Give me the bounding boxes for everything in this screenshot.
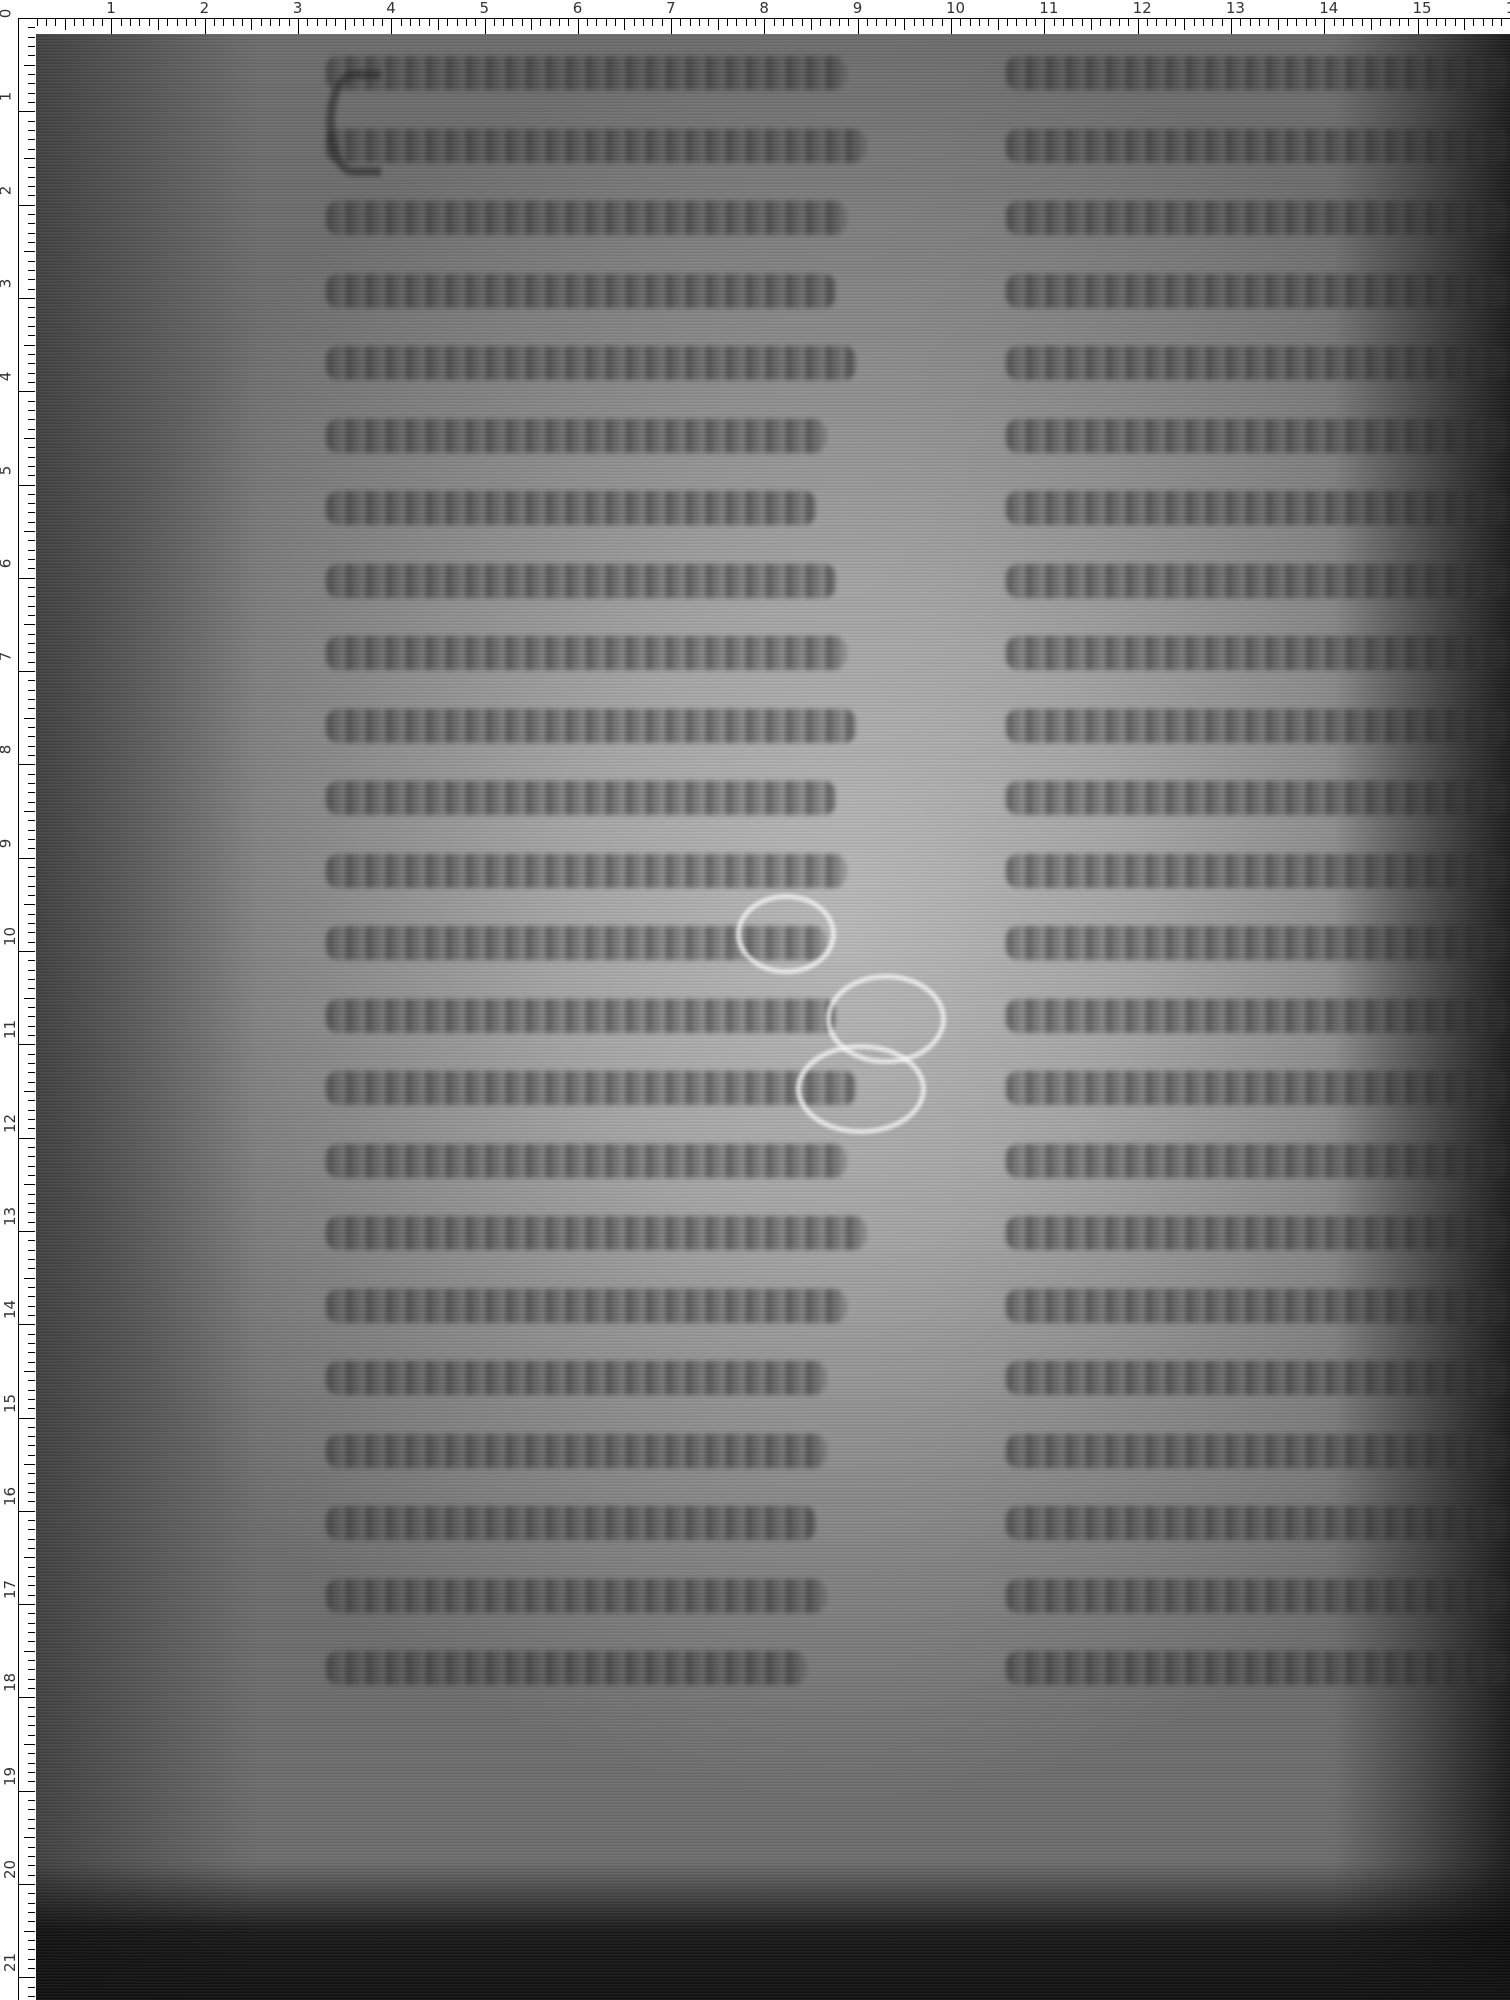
left-ruler: 0123456789101112131415161718192021 [0, 0, 35, 2000]
ruler-tick [1464, 19, 1465, 30]
ruler-tick [578, 19, 579, 35]
ruler-tick [28, 1212, 35, 1213]
ruler-tick [1436, 19, 1437, 26]
ruler-tick [19, 1418, 35, 1419]
ruler-tick [979, 19, 980, 26]
ruler-tick [102, 19, 103, 26]
ruler-tick [550, 19, 551, 26]
ruler-tick [28, 1641, 35, 1642]
ruler-tick [28, 46, 35, 47]
manuscript-line: [illegible] [1006, 1434, 1510, 1468]
ruler-tick [28, 699, 35, 700]
ruler-tick [28, 1903, 35, 1904]
ruler-tick [1492, 19, 1493, 26]
ruler-tick [1399, 19, 1400, 26]
ruler-tick [74, 19, 75, 26]
ruler-tick [83, 19, 84, 26]
line-text: [illegible] [326, 564, 836, 598]
manuscript-scan: [illegible][illegible][illegible][illegi… [36, 34, 1510, 2000]
ruler-tick [28, 736, 35, 737]
ruler-tick [671, 19, 672, 35]
ruler-tick [1296, 19, 1297, 26]
ruler-tick [1278, 19, 1279, 30]
ruler-tick [298, 19, 299, 35]
ruler-tick [1268, 19, 1269, 26]
ruler-tick [680, 19, 681, 26]
manuscript-line: [illegible] [1006, 1579, 1510, 1613]
manuscript-line: [illegible] [1006, 636, 1510, 670]
ruler-tick [19, 1044, 35, 1045]
ruler-tick [130, 19, 131, 26]
ruler-tick [28, 139, 35, 140]
ruler-tick [28, 1585, 35, 1586]
line-text: [illegible] [1006, 1579, 1510, 1613]
ruler-tick [28, 755, 35, 756]
ruler-tick [28, 1110, 35, 1111]
ruler-label: 10 [946, 1, 965, 16]
ruler-label: 13 [1226, 1, 1245, 16]
ruler-tick [28, 1222, 35, 1223]
ruler-tick [438, 19, 439, 30]
ruler-tick [28, 186, 35, 187]
ruler-tick [19, 858, 35, 859]
ruler-tick [19, 1884, 35, 1885]
ruler-tick [326, 19, 327, 26]
ruler-tick [457, 19, 458, 26]
ruler-tick [1063, 19, 1064, 26]
ruler-tick [28, 1007, 35, 1008]
ruler-tick [37, 19, 38, 26]
ruler-tick [28, 559, 35, 560]
ruler-tick [28, 1875, 35, 1876]
ruler-tick [28, 867, 35, 868]
ruler-tick [28, 270, 35, 271]
ruler-baseline [18, 18, 19, 2000]
ruler-label: 6 [0, 559, 13, 569]
ruler-tick [24, 718, 35, 719]
line-text: [illegible] [326, 1289, 846, 1323]
ruler-tick [354, 19, 355, 26]
ruler-tick [28, 1166, 35, 1167]
ruler-tick [28, 457, 35, 458]
ruler-tick [19, 951, 35, 952]
ruler-tick [28, 1100, 35, 1101]
ruler-tick [28, 568, 35, 569]
ruler-tick [28, 923, 35, 924]
ruler-tick [28, 74, 35, 75]
ruler-tick [28, 1856, 35, 1857]
ruler-tick [28, 27, 35, 28]
ruler-tick [19, 111, 35, 112]
ruler-tick [28, 1156, 35, 1157]
ruler-tick [28, 1623, 35, 1624]
line-text: [illegible] [326, 781, 836, 815]
ruler-tick [736, 19, 737, 26]
ruler-tick [718, 19, 719, 30]
line-text: [illegible] [326, 854, 846, 888]
ruler-label: 14 [1319, 1, 1338, 16]
ruler-tick [568, 19, 569, 26]
ruler-tick [28, 475, 35, 476]
manuscript-line: [illegible] [326, 564, 836, 598]
ruler-tick [28, 1940, 35, 1941]
ruler-tick [848, 19, 849, 26]
ruler-label: 18 [3, 1673, 18, 1692]
line-text: [illegible] [326, 491, 816, 525]
line-text: [illegible] [326, 1216, 866, 1250]
ruler-tick [662, 19, 663, 26]
manuscript-line: [illegible] [326, 781, 836, 815]
ruler-tick [1110, 19, 1111, 26]
ruler-tick [28, 1725, 35, 1726]
ruler-tick [429, 19, 430, 26]
ruler-tick [28, 55, 35, 56]
ruler-label: 12 [3, 1114, 18, 1133]
ruler-tick [24, 904, 35, 905]
ruler-tick [46, 19, 47, 26]
ruler-tick [24, 1371, 35, 1372]
ruler-tick [28, 634, 35, 635]
ruler-tick [28, 1082, 35, 1083]
ruler-tick [28, 1987, 35, 1988]
ruler-tick [382, 19, 383, 26]
ruler-tick [1231, 19, 1232, 35]
ruler-tick [19, 1231, 35, 1232]
ruler-tick [1306, 19, 1307, 26]
underwriting-trace [736, 894, 836, 974]
ruler-tick [401, 19, 402, 26]
ruler-tick [1035, 19, 1036, 26]
manuscript-line: [illegible] [326, 1361, 826, 1395]
line-text: [illegible] [326, 1579, 826, 1613]
manuscript-line: [illegible] [326, 999, 836, 1033]
ruler-tick [28, 167, 35, 168]
ruler-tick [1408, 19, 1409, 26]
ruler-tick [28, 820, 35, 821]
ruler-tick [24, 998, 35, 999]
ruler-tick [19, 205, 35, 206]
line-text: [illegible] [1006, 346, 1510, 380]
ruler-tick [615, 19, 616, 26]
ruler-tick [28, 1753, 35, 1754]
ruler-tick [904, 19, 905, 30]
manuscript-line: [illegible] [1006, 564, 1510, 598]
ruler-label: 20 [3, 1860, 18, 1879]
ruler-tick [28, 1865, 35, 1866]
manuscript-line: [illegible] [1006, 1651, 1510, 1685]
ruler-tick [1203, 19, 1204, 26]
manuscript-line: [illegible] [1006, 1216, 1510, 1250]
ruler-tick [1082, 19, 1083, 26]
ruler-tick [317, 19, 318, 26]
line-text: [illegible] [1006, 419, 1510, 453]
ruler-tick [606, 19, 607, 26]
ruler-tick [28, 746, 35, 747]
ruler-tick [307, 19, 308, 26]
ruler-tick [746, 19, 747, 26]
top-ruler: 01234567891011121314151 [0, 0, 1510, 35]
underwriting-trace [796, 1044, 926, 1134]
ruler-tick [28, 1595, 35, 1596]
line-text: [illegible] [1006, 1651, 1510, 1685]
ruler-tick [1007, 19, 1008, 26]
manuscript-line: [illegible] [1006, 1071, 1510, 1105]
ruler-tick [28, 1240, 35, 1241]
ruler-tick [28, 830, 35, 831]
ruler-tick [1427, 19, 1428, 26]
ruler-tick [1445, 19, 1446, 26]
ruler-tick [1250, 19, 1251, 26]
ruler-tick [28, 1250, 35, 1251]
ruler-tick [28, 1175, 35, 1176]
ruler-label: 2 [200, 1, 210, 16]
ruler-tick [24, 1931, 35, 1932]
ruler-tick [28, 102, 35, 103]
ruler-tick [886, 19, 887, 26]
ruler-tick [177, 19, 178, 26]
ruler-tick [830, 19, 831, 26]
manuscript-line: [illegible] [1006, 999, 1510, 1033]
ruler-tick [708, 19, 709, 26]
manuscript-line: [illegible] [326, 1434, 826, 1468]
ruler-tick [19, 18, 35, 19]
ruler-tick [1334, 19, 1335, 26]
ruler-label: 10 [3, 927, 18, 946]
ruler-tick [28, 363, 35, 364]
ruler-tick [28, 783, 35, 784]
ruler-tick [28, 960, 35, 961]
ruler-tick [28, 1781, 35, 1782]
ruler-label: 9 [0, 838, 13, 848]
ruler-tick [158, 19, 159, 30]
manuscript-line: [illegible] [326, 1579, 826, 1613]
ruler-tick [988, 19, 989, 26]
ruler-tick [1287, 19, 1288, 26]
ruler-tick [28, 214, 35, 215]
ruler-tick [28, 37, 35, 38]
ruler-tick [19, 671, 35, 672]
ruler-tick [960, 19, 961, 26]
ruler-tick [28, 727, 35, 728]
ruler-label: 1 [0, 92, 13, 102]
ruler-tick [28, 1445, 35, 1446]
ruler-tick [28, 1119, 35, 1120]
manuscript-line: [illegible] [1006, 1144, 1510, 1178]
ruler-tick [28, 1063, 35, 1064]
ruler-tick [764, 19, 765, 35]
ruler-label: 6 [573, 1, 583, 16]
ruler-tick [1147, 19, 1148, 26]
ruler-label: 7 [666, 1, 676, 16]
line-text: [illegible] [326, 129, 866, 163]
line-text: [illegible] [326, 274, 836, 308]
manuscript-line: [illegible] [326, 274, 836, 308]
ruler-tick [858, 19, 859, 35]
line-text: [illegible] [1006, 129, 1510, 163]
line-text: [illegible] [326, 1144, 846, 1178]
ruler-tick [28, 942, 35, 943]
ruler-tick [1315, 19, 1316, 26]
line-text: [illegible] [326, 1506, 816, 1540]
ruler-tick [261, 19, 262, 26]
ruler-tick [28, 1072, 35, 1073]
ruler-tick [28, 1026, 35, 1027]
manuscript-line: [illegible] [326, 1216, 866, 1250]
ruler-tick [28, 587, 35, 588]
ruler-tick [942, 19, 943, 26]
manuscript-line: ... pitre ... [326, 1651, 806, 1685]
manuscript-line: [illegible] [326, 1071, 856, 1105]
ruler-tick [1418, 19, 1419, 35]
ruler-tick [28, 354, 35, 355]
ruler-tick [19, 1977, 35, 1978]
ruler-tick [28, 1054, 35, 1055]
ruler-tick [28, 1147, 35, 1148]
ruler-label: 8 [759, 1, 769, 16]
ruler-tick [24, 1278, 35, 1279]
ruler-tick [512, 19, 513, 26]
line-text: [illegible] [1006, 709, 1510, 743]
manuscript-line: [illegible] [326, 201, 846, 235]
ruler-tick [28, 1455, 35, 1456]
line-text: [illegible] [1006, 1071, 1510, 1105]
ruler-label: 17 [3, 1580, 18, 1599]
ruler-label: 11 [3, 1020, 18, 1039]
line-text: [illegible] [326, 1434, 826, 1468]
ruler-tick [28, 839, 35, 840]
ruler-tick [19, 485, 35, 486]
line-text: [illegible] [326, 419, 826, 453]
ruler-tick [28, 1632, 35, 1633]
ruler-tick [28, 177, 35, 178]
line-text: [illegible] [326, 636, 846, 670]
ruler-tick [1352, 19, 1353, 26]
ruler-tick [28, 261, 35, 262]
ruler-tick [1212, 19, 1213, 26]
ruler-tick [19, 1324, 35, 1325]
ruler-tick [587, 19, 588, 26]
ruler-tick [28, 401, 35, 402]
ruler-tick [28, 1893, 35, 1894]
ruler-tick [28, 494, 35, 495]
manuscript-line: [illegible] [1006, 1361, 1510, 1395]
manuscript-line: [illegible] [1006, 854, 1510, 888]
ruler-tick [28, 606, 35, 607]
manuscript-line: [illegible] [1006, 346, 1510, 380]
line-text: [illegible] [1006, 1144, 1510, 1178]
line-text: [illegible] [1006, 854, 1510, 888]
line-text: [illegible] [1006, 1506, 1510, 1540]
ruler-tick [19, 1511, 35, 1512]
ruler-tick [1128, 19, 1129, 26]
ruler-tick [19, 764, 35, 765]
ruler-tick [19, 1791, 35, 1792]
ruler-tick [699, 19, 700, 26]
ruler-tick [28, 1362, 35, 1363]
ruler-tick [522, 19, 523, 26]
ruler-tick [28, 1660, 35, 1661]
line-text: [illegible] [1006, 274, 1510, 308]
ruler-tick [28, 1380, 35, 1381]
manuscript-line: [illegible] [1006, 709, 1510, 743]
ruler-label: 1 [1506, 1, 1510, 16]
line-text: [illegible] [326, 201, 846, 235]
ruler-tick [1483, 19, 1484, 26]
ruler-tick [839, 19, 840, 26]
ruler-tick [1501, 19, 1502, 26]
ruler-tick [28, 979, 35, 980]
ruler-tick [28, 223, 35, 224]
ruler-tick [28, 1968, 35, 1969]
ruler-tick [111, 19, 112, 35]
ruler-tick [1026, 19, 1027, 26]
line-text: [illegible] [1006, 636, 1510, 670]
ruler-tick [28, 1194, 35, 1195]
ruler-tick [28, 149, 35, 150]
ruler-tick [494, 19, 495, 26]
ruler-tick [24, 1464, 35, 1465]
ruler-tick [205, 19, 206, 35]
ruler-label: 13 [3, 1207, 18, 1226]
ruler-tick [1054, 19, 1055, 26]
ruler-tick [28, 382, 35, 383]
manuscript-line: [illegible] [1006, 201, 1510, 235]
ruler-tick [28, 680, 35, 681]
ruler-tick [19, 1697, 35, 1698]
ruler-tick [932, 19, 933, 26]
ruler-tick [28, 1539, 35, 1540]
ruler-tick [1194, 19, 1195, 26]
ruler-tick [596, 19, 597, 26]
ruler-tick [24, 1557, 35, 1558]
ruler-tick [1016, 19, 1017, 26]
ruler-tick [643, 19, 644, 26]
ruler-tick [28, 1529, 35, 1530]
ruler-tick [335, 19, 336, 26]
ruler-tick [28, 1473, 35, 1474]
ruler-tick [279, 19, 280, 26]
line-text: [illegible] [326, 999, 836, 1033]
manuscript-line: [illegible] [326, 491, 816, 525]
ruler-tick [876, 19, 877, 26]
ruler-tick [28, 83, 35, 84]
ruler-tick [1380, 19, 1381, 26]
ruler-tick [28, 195, 35, 196]
manuscript-line: [illegible] [326, 419, 826, 453]
ruler-tick [28, 1707, 35, 1708]
ruler-label: 2 [0, 185, 13, 195]
ruler-tick [624, 19, 625, 30]
ruler-tick [28, 289, 35, 290]
ruler-tick [28, 1959, 35, 1960]
ruler-tick [251, 19, 252, 30]
ruler-tick [24, 345, 35, 346]
ruler-tick [28, 708, 35, 709]
ruler-tick [28, 1921, 35, 1922]
ruler-tick [28, 1408, 35, 1409]
ruler-tick [28, 662, 35, 663]
ruler-tick [1119, 19, 1120, 26]
ruler-tick [121, 19, 122, 26]
ruler-tick [28, 93, 35, 94]
manuscript-line: [illegible] [1006, 129, 1510, 163]
ruler-tick [28, 1847, 35, 1848]
ruler-tick [28, 540, 35, 541]
ruler-tick [28, 335, 35, 336]
ruler-tick [1138, 19, 1139, 35]
ruler-tick [28, 1128, 35, 1129]
ruler-tick [28, 447, 35, 448]
